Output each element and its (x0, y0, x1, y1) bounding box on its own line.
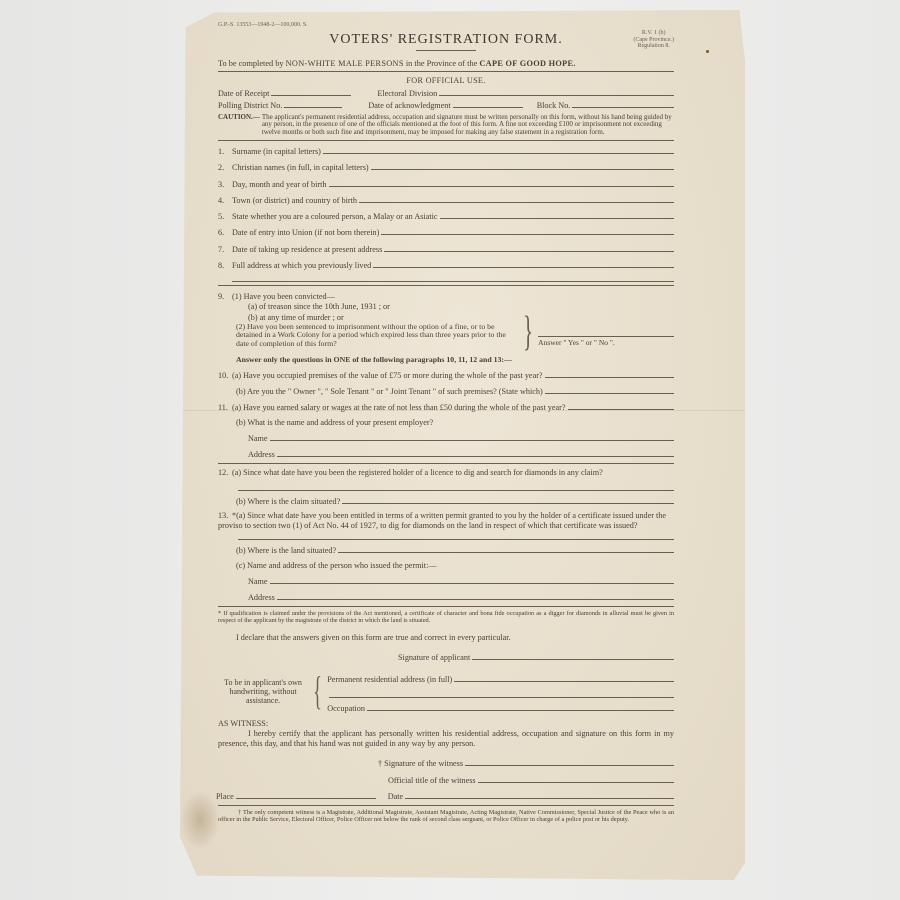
polling-district-field[interactable] (284, 99, 342, 108)
applicant-signature-field[interactable] (472, 651, 674, 660)
q11a-field[interactable] (568, 401, 674, 410)
employer-name: Name (218, 432, 674, 444)
question-10a: 10.(a) Have you occupied premises of the… (218, 369, 674, 381)
form-reference: R.V. 1 (b) (Cape Province.) Regulation 8… (633, 30, 674, 50)
witness-signature-field[interactable] (465, 757, 674, 766)
witness-title: Official title of the witness (218, 774, 674, 786)
witness-certification: I hereby certify that the applicant has … (218, 729, 674, 750)
question-12a: 12.(a) Since what date have you been the… (218, 468, 674, 478)
question-2: 2.Christian names (in full, in capital l… (218, 161, 674, 173)
permit-issuer-name: Name (218, 575, 674, 587)
brace: } (523, 312, 533, 352)
form-title: VOTERS' REGISTRATION FORM. (218, 31, 674, 49)
q12a-field[interactable] (238, 482, 674, 491)
instruction: Answer only the questions in ONE of the … (218, 355, 674, 365)
paper-mark (706, 50, 709, 53)
question-13a: 13.*(a) Since what date have you been en… (218, 511, 674, 532)
question-5-field[interactable] (440, 210, 674, 219)
question-7-field[interactable] (384, 243, 674, 252)
block-no-field[interactable] (572, 99, 674, 108)
personal-questions: 1.Surname (in capital letters)2.Christia… (218, 145, 674, 271)
question-11b: (b) What is the name and address of your… (218, 418, 674, 428)
date-of-receipt-field[interactable] (271, 87, 351, 96)
q13b-field[interactable] (338, 544, 674, 553)
witness-title-field[interactable] (478, 774, 674, 783)
employer-address-field[interactable] (277, 448, 674, 457)
question-1-field[interactable] (323, 145, 674, 154)
caution-notice: CAUTION.—The applicant's permanent resid… (218, 114, 674, 141)
place-field[interactable] (236, 790, 376, 799)
q10a-field[interactable] (545, 369, 674, 378)
electoral-division-field[interactable] (439, 87, 674, 96)
question-9: 9.(1) Have you been convicted— (a) of tr… (218, 292, 674, 352)
question-4-field[interactable] (359, 194, 674, 203)
form-subtitle: To be completed by NON-WHITE MALE PERSON… (218, 59, 674, 72)
question-4: 4.Town (or district) and country of birt… (218, 194, 674, 206)
question-1: 1.Surname (in capital letters) (218, 145, 674, 157)
question-3: 3.Day, month and year of birth (218, 178, 674, 190)
q12b-field[interactable] (342, 495, 674, 504)
residential-address-field-2[interactable] (329, 689, 674, 698)
question-2-field[interactable] (371, 161, 674, 170)
question-5: 5.State whether you are a coloured perso… (218, 210, 674, 222)
applicant-signature: Signature of applicant (218, 651, 674, 663)
question-13b: (b) Where is the land situated? (218, 544, 674, 556)
question-9-answer-field[interactable] (538, 328, 674, 337)
witness-heading: AS WITNESS: (218, 719, 674, 729)
question-8-field[interactable] (373, 259, 674, 268)
witness-signature: † Signature of the witness (218, 757, 674, 769)
question-11a: 11.(a) Have you earned salary or wages a… (218, 401, 674, 413)
q13a-field[interactable] (238, 531, 674, 540)
official-use-heading: FOR OFFICIAL USE. (218, 76, 674, 86)
applicant-handwritten-block: To be in applicant's own handwriting, wi… (218, 669, 674, 715)
registration-form: G.P.-S. 13553—1948-2—100,000. S. R.V. 1 … (218, 22, 674, 823)
print-ref: G.P.-S. 13553—1948-2—100,000. S. (218, 22, 308, 30)
permit-issuer-address: Address (218, 591, 674, 603)
question-13c: (c) Name and address of the person who i… (218, 561, 674, 571)
question-6: 6.Date of entry into Union (if not born … (218, 226, 674, 238)
permit-issuer-name-field[interactable] (270, 575, 674, 584)
date-field[interactable] (405, 790, 674, 799)
date-of-ack-field[interactable] (453, 99, 523, 108)
permit-issuer-address-field[interactable] (277, 591, 674, 600)
footnote-dagger: † The only competent witness is a Magist… (218, 810, 674, 823)
employer-address: Address (218, 448, 674, 460)
residential-address-field[interactable] (454, 673, 674, 682)
place-date: Place Date (216, 790, 674, 802)
question-12b: (b) Where is the claim situated? (218, 495, 674, 507)
question-10b: (b) Are you the " Owner ", " Sole Tenant… (218, 385, 674, 397)
paper-stain (180, 790, 220, 850)
question-7: 7.Date of taking up residence at present… (218, 243, 674, 255)
handwriting-note: To be in applicant's own handwriting, wi… (218, 669, 308, 715)
previous-address-field-2[interactable] (232, 273, 674, 282)
footnote-star: * If qualification is claimed under the … (218, 611, 674, 624)
q10b-field[interactable] (545, 385, 674, 394)
question-3-field[interactable] (329, 178, 674, 187)
question-6-field[interactable] (381, 226, 674, 235)
occupation-field[interactable] (367, 702, 674, 711)
employer-name-field[interactable] (270, 432, 674, 441)
declaration: I declare that the answers given on this… (218, 633, 674, 643)
question-8: 8.Full address at which you previously l… (218, 259, 674, 271)
official-use-section: FOR OFFICIAL USE. Date of Receipt Electo… (218, 76, 674, 111)
